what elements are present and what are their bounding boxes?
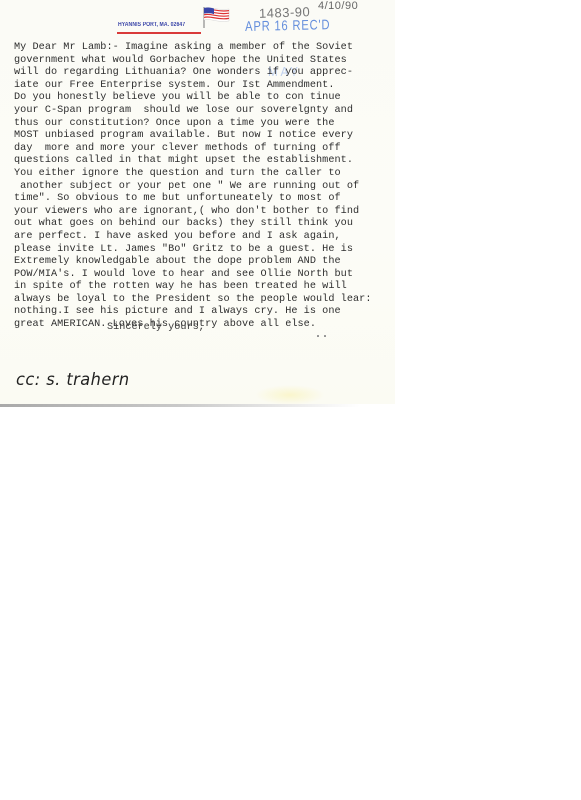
letter-line: out what goes on behind our backs) they … xyxy=(14,218,371,231)
letter-line: Do you honestly believe you will be able… xyxy=(14,92,371,105)
letter-line: Extremely knowledgable about the dope pr… xyxy=(14,256,371,269)
letterhead-rule xyxy=(117,32,201,34)
letter-line: POW/MIA's. I would love to hear and see … xyxy=(14,269,371,282)
letter-body: My Dear Mr Lamb:- Imagine asking a membe… xyxy=(14,42,371,332)
received-stamp: APR 16 REC'D xyxy=(245,16,330,34)
letter-closing: Sincerely yours, xyxy=(107,322,205,333)
paper-specks xyxy=(315,334,329,337)
letter-line: government what would Gorbachev hope the… xyxy=(14,55,371,68)
letter-line: are perfect. I have asked you before and… xyxy=(14,231,371,244)
letter-line: iate our Free Enterprise system. Our Ist… xyxy=(14,80,371,93)
page-edge-shadow xyxy=(0,404,360,407)
letter-page: HYANNIS PORT, MA. 02647 1483-90 4/10/90 … xyxy=(0,0,395,404)
letter-line: You either ignore the question and turn … xyxy=(14,168,371,181)
letter-line: time". So obvious to me but unfortuneate… xyxy=(14,193,371,206)
letter-line: questions called in that might upset the… xyxy=(14,155,371,168)
letter-line: please invite Lt. James "Bo" Gritz to be… xyxy=(14,244,371,257)
letter-line: My Dear Mr Lamb:- Imagine asking a membe… xyxy=(14,42,371,55)
letterhead-address: HYANNIS PORT, MA. 02647 xyxy=(118,22,185,28)
letter-line: nothing.I see his picture and I always c… xyxy=(14,306,371,319)
letter-line: another subject or your pet one " We are… xyxy=(14,181,371,194)
letter-line: always be loyal to the President so the … xyxy=(14,294,371,307)
letter-line: your C-Span program should we lose our s… xyxy=(14,105,371,118)
letter-line: in spite of the rotten way he has been t… xyxy=(14,281,371,294)
letter-line: MOST unbiased program available. But now… xyxy=(14,130,371,143)
letter-line: your viewers who are ignorant,( who don'… xyxy=(14,206,371,219)
handwritten-date: 4/10/90 xyxy=(318,0,358,12)
american-flag-icon xyxy=(201,5,231,29)
letter-line: day more and more your clever methods of… xyxy=(14,143,371,156)
handwritten-cc-note: cc: s. trahern xyxy=(16,370,130,390)
paper-stain xyxy=(255,385,325,405)
letter-line: thus our constitution? Once upon a time … xyxy=(14,118,371,131)
letter-line: will do regarding Lithuania? One wonders… xyxy=(14,67,371,80)
